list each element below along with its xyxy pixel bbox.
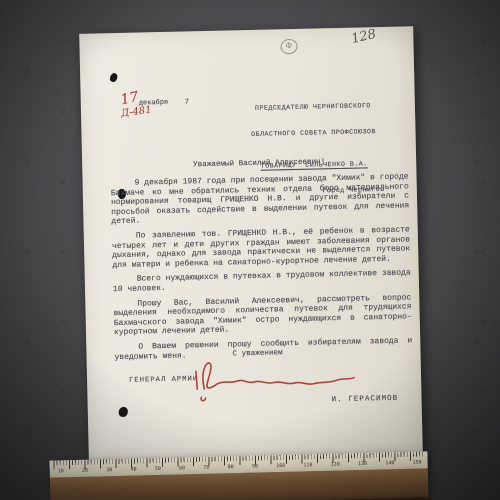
signer-name: И. ГЕРАСИМОВ (331, 395, 398, 405)
ruler-number: 50 (155, 466, 161, 472)
ref-number-handwritten: Д-481 (120, 105, 152, 120)
date-digit: 7 (185, 98, 189, 106)
body-paragraphs: 9 декабря 1987 года при посещении завода… (111, 172, 413, 367)
paragraph: Всего нуждающихся в путевках в трудовом … (113, 269, 411, 295)
ruler-number: 140 (385, 460, 394, 466)
ruler-number: 40 (131, 466, 137, 472)
ruler-number: 130 (358, 461, 367, 467)
ruler-number: 60 (179, 465, 185, 471)
ruler-number: 20 (82, 468, 88, 474)
recipient-line-1: ПРЕДСЕДАТЕЛЮ ЧЕРНИГОВСКОГО (231, 102, 395, 114)
ruler-number: 120 (331, 462, 340, 468)
ruler-number: 70 (203, 465, 209, 471)
ruler-number: 100 (276, 463, 285, 469)
ruler-number: 30 (106, 467, 112, 473)
ruler-number: 10 (58, 468, 64, 474)
ruler-number: 150 (413, 460, 422, 466)
ruler: 102030405060708090100110120130140150 (49, 451, 428, 500)
ruler-number: 80 (228, 464, 234, 470)
paragraph: Прошу Вас, Василий Алексеевич, рассмотре… (113, 293, 412, 338)
document-page: Ф 128 17 декабря 7 Д-481 ПРЕДСЕДАТЕЛЮ ЧЕ… (79, 26, 423, 459)
recipient-line-2: ОБЛАСТНОГО СОВЕТА ПРОФСОЮЗОВ (231, 128, 395, 140)
pencil-stamp-mark: Ф (279, 38, 298, 56)
photo-scene: Ф 128 17 декабря 7 Д-481 ПРЕДСЕДАТЕЛЮ ЧЕ… (0, 0, 500, 500)
paragraph: 9 декабря 1987 года при посещении завода… (111, 172, 410, 227)
ruler-number: 90 (252, 464, 258, 470)
punch-hole (118, 406, 128, 417)
paragraph: По заявлению тов. ГРИЩЕНКО Н.В., её ребе… (112, 225, 411, 270)
ruler-number: 110 (303, 462, 312, 468)
page-number: 128 (350, 27, 378, 47)
punch-hole (109, 72, 118, 83)
